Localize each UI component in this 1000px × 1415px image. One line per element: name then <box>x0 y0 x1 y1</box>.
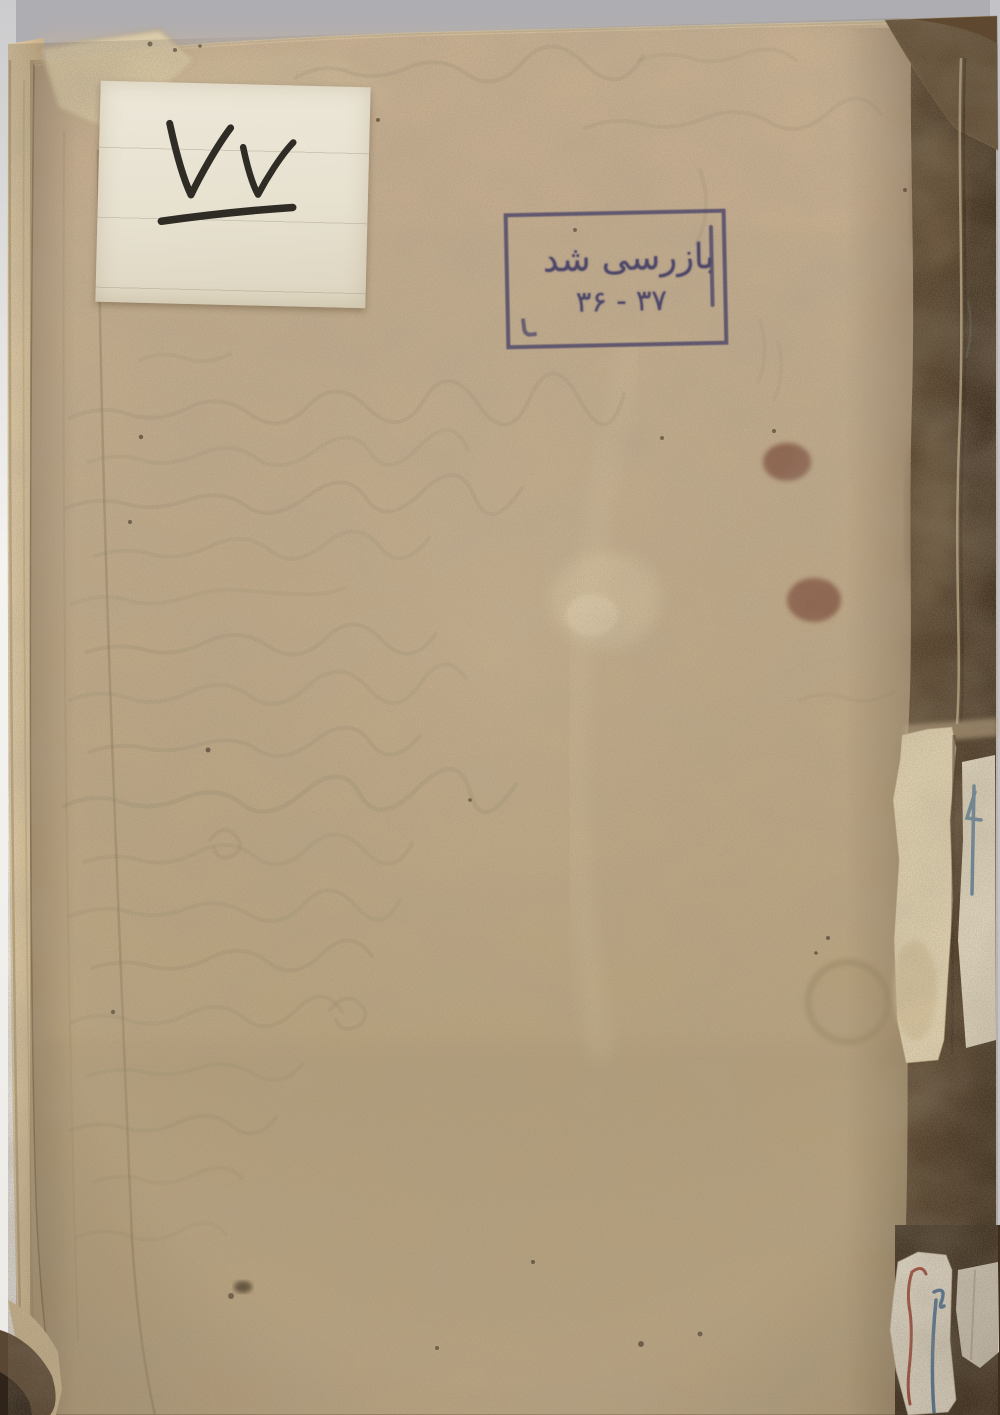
shelf-number-label: ٧٧ <box>95 81 370 309</box>
stamp-text: بازرسی شد <box>516 238 714 281</box>
scanned-manuscript-cover: ٧٧ بازرسی شد ۳۷ - ۳۶ <box>0 0 1000 1415</box>
label-number: ٧٧ <box>156 90 262 204</box>
stamp-numbers: ۳۷ - ۳۶ <box>566 285 668 319</box>
inspection-stamp: بازرسی شد ۳۷ - ۳۶ <box>504 209 729 350</box>
stamp-hook <box>521 317 537 338</box>
